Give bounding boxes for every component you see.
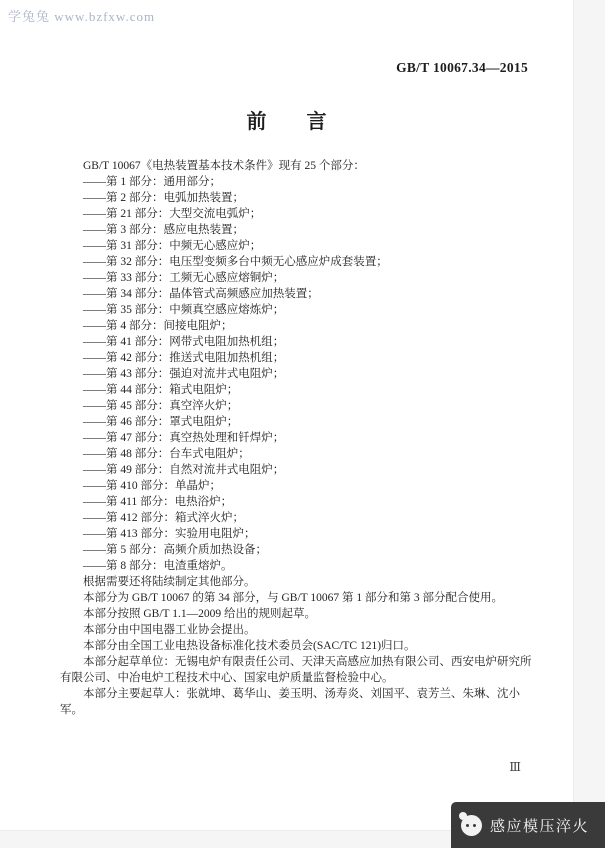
part-list-item: ——第 413 部分：实验用电阻炉； [60,526,536,542]
part-list-item: ——第 31 部分：中频无心感应炉； [60,238,536,254]
page-number: Ⅲ [509,760,521,775]
part-list-item: ——第 41 部分：网带式电阻加热机组； [60,334,536,350]
part-list-item: ——第 410 部分：单晶炉； [60,478,536,494]
part-list-item: ——第 34 部分：晶体管式高频感应加热装置； [60,286,536,302]
parts-list: ——第 1 部分：通用部分；——第 2 部分：电弧加热装置；——第 21 部分：… [60,174,536,574]
paragraph: 本部分按照 GB/T 1.1—2009 给出的规则起草。 [60,606,536,622]
paragraph: 本部分由全国工业电热设备标准化技术委员会(SAC/TC 121)归口。 [60,638,536,654]
intro-paragraph: GB/T 10067《电热装置基本技术条件》现有 25 个部分： [60,158,536,174]
part-list-item: ——第 8 部分：电渣重熔炉。 [60,558,536,574]
part-list-item: ——第 33 部分：工频无心感应熔铜炉； [60,270,536,286]
part-list-item: ——第 32 部分：电压型变频多台中频无心感应炉成套装置； [60,254,536,270]
page-title: 前 言 [0,105,573,134]
closing-paragraphs: 根据需要还将陆续制定其他部分。本部分为 GB/T 10067 的第 34 部分，… [60,574,536,718]
part-list-item: ——第 411 部分：电热浴炉； [60,494,536,510]
part-list-item: ——第 35 部分：中频真空感应熔炼炉； [60,302,536,318]
paragraph: 根据需要还将陆续制定其他部分。 [60,574,536,590]
part-list-item: ——第 412 部分：箱式淬火炉； [60,510,536,526]
paragraph: 本部分主要起草人：张就坤、葛华山、姜玉明、汤寿炎、刘国平、袁芳兰、朱琳、沈小军。 [60,686,536,718]
part-list-item: ——第 48 部分：台车式电阻炉； [60,446,536,462]
part-list-item: ——第 3 部分：感应电热装置； [60,222,536,238]
paragraph: 本部分起草单位：无锡电炉有限责任公司、天津天高感应加热有限公司、西安电炉研究所有… [60,654,536,686]
part-list-item: ——第 2 部分：电弧加热装置； [60,190,536,206]
watermark-text: 学兔兔 www.bzfxw.com [8,6,155,25]
document-page: 学兔兔 www.bzfxw.com GB/T 10067.34—2015 前 言… [0,0,574,831]
part-list-item: ——第 21 部分：大型交流电弧炉； [60,206,536,222]
publisher-badge: 感应模压淬火 [451,802,605,848]
part-list-item: ——第 4 部分：间接电阻炉； [60,318,536,334]
part-list-item: ——第 43 部分：强迫对流井式电阻炉； [60,366,536,382]
paragraph: 本部分为 GB/T 10067 的第 34 部分，与 GB/T 10067 第 … [60,590,536,606]
body-text: GB/T 10067《电热装置基本技术条件》现有 25 个部分： ——第 1 部… [60,158,536,718]
publisher-badge-label: 感应模压淬火 [490,815,589,836]
publisher-logo-icon [461,815,482,836]
part-list-item: ——第 1 部分：通用部分； [60,174,536,190]
part-list-item: ——第 5 部分：高频介质加热设备； [60,542,536,558]
part-list-item: ——第 42 部分：推送式电阻加热机组； [60,350,536,366]
paragraph: 本部分由中国电器工业协会提出。 [60,622,536,638]
standard-number: GB/T 10067.34—2015 [396,60,528,76]
part-list-item: ——第 45 部分：真空淬火炉； [60,398,536,414]
part-list-item: ——第 49 部分：自然对流井式电阻炉； [60,462,536,478]
part-list-item: ——第 44 部分：箱式电阻炉； [60,382,536,398]
part-list-item: ——第 46 部分：罩式电阻炉； [60,414,536,430]
part-list-item: ——第 47 部分：真空热处理和钎焊炉； [60,430,536,446]
